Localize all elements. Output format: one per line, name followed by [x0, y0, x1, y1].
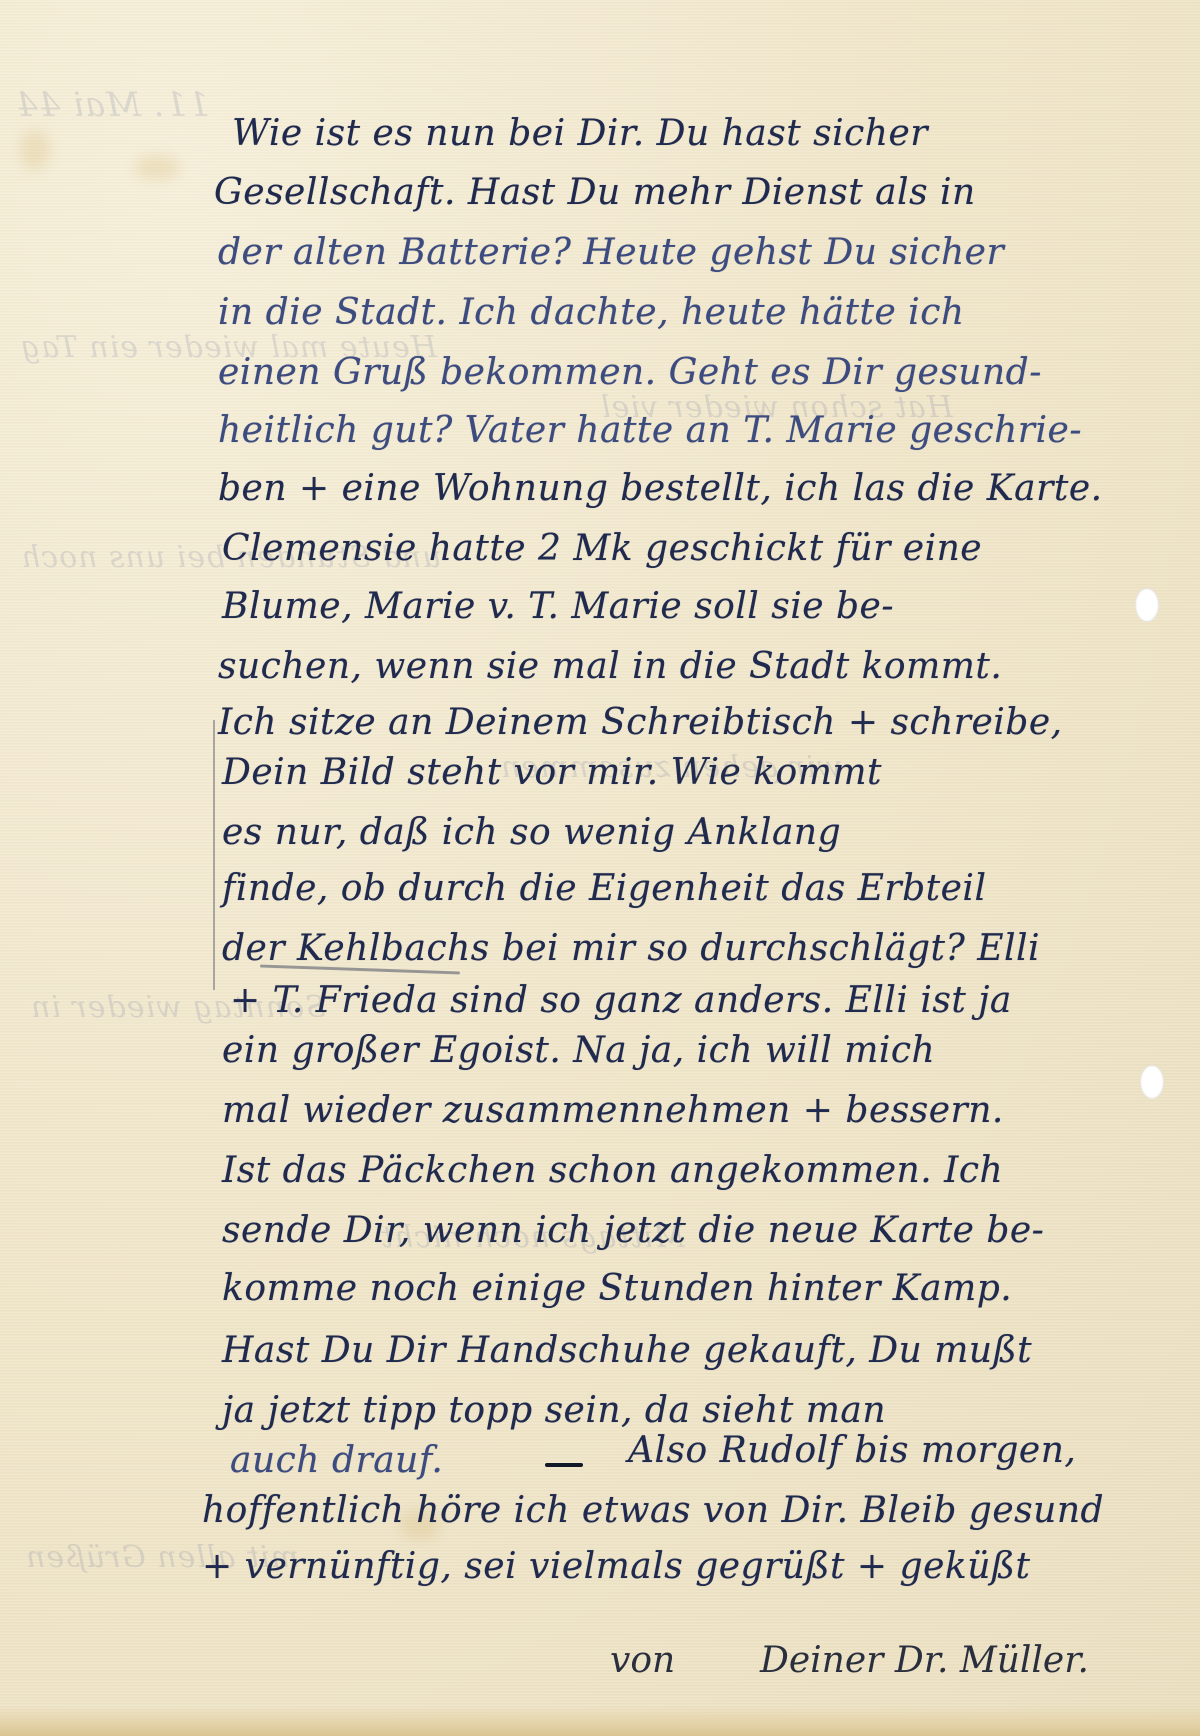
letter-line-continuation: Also Rudolf bis morgen, [628, 1430, 1076, 1471]
letter-line: + T. Frieda sind so ganz anders. Elli is… [230, 980, 1012, 1021]
letter-line: Ist das Päckchen schon angekommen. Ich [222, 1150, 1003, 1191]
letter-line: suchen, wenn sie mal in die Stadt kommt. [218, 646, 1002, 687]
letter-line: hoffentlich höre ich etwas von Dir. Blei… [202, 1490, 1104, 1531]
dash-mark [545, 1463, 583, 1467]
letter-line: in die Stadt. Ich dachte, heute hätte ic… [218, 292, 965, 333]
letter-line: Dein Bild steht vor mir. Wie kommt [222, 752, 882, 793]
closing-prefix: von [610, 1640, 675, 1681]
letter-line: der alten Batterie? Heute gehst Du siche… [218, 232, 1004, 273]
letter-line: ben + eine Wohnung bestellt, ich las die… [218, 468, 1103, 509]
letter-line: Wie ist es nun bei Dir. Du hast sicher [232, 113, 928, 154]
letter-line: auch drauf. [230, 1440, 443, 1481]
letter-line: der Kehlbachs bei mir so durchschlägt? E… [222, 928, 1040, 969]
letter-line: Gesellschaft. Hast Du mehr Dienst als in [214, 172, 976, 213]
letter-line: finde, ob durch die Eigenheit das Erbtei… [222, 868, 986, 909]
letter-page: 11. Mai 44 Heute mal wieder ein Tag Hat … [0, 0, 1200, 1736]
bleed-through-date: 11. Mai 44 [15, 85, 210, 125]
letter-line: ein großer Egoist. Na ja, ich will mich [222, 1030, 935, 1071]
letter-line: sende Dir, wenn ich jetzt die neue Karte… [222, 1210, 1044, 1251]
letter-line: ja jetzt tipp topp sein, da sieht man [222, 1390, 886, 1431]
punch-hole [1140, 1065, 1164, 1099]
letter-line: komme noch einige Stunden hinter Kamp. [222, 1268, 1012, 1309]
letter-line: Hast Du Dir Handschuhe gekauft, Du mußt [222, 1330, 1032, 1371]
letter-line: + vernünftig, sei vielmals gegrüßt + gek… [202, 1546, 1030, 1587]
letter-line: mal wieder zusammennehmen + bessern. [222, 1090, 1004, 1131]
letter-line: einen Gruß bekommen. Geht es Dir gesund- [218, 352, 1042, 393]
letter-line: Blume, Marie v. T. Marie soll sie be- [222, 586, 894, 627]
punch-hole [1135, 588, 1159, 622]
letter-line: es nur, daß ich so wenig Anklang [222, 812, 841, 853]
letter-line: Clemensie hatte 2 Mk geschickt für eine [222, 528, 982, 569]
signature: Deiner Dr. Müller. [760, 1640, 1089, 1681]
letter-line: Ich sitze an Deinem Schreibtisch + schre… [218, 702, 1063, 743]
letter-line: heitlich gut? Vater hatte an T. Marie ge… [218, 410, 1082, 451]
paper-stain [20, 130, 50, 170]
margin-pencil-line [213, 720, 215, 990]
paper-stain [135, 155, 180, 180]
paper-bottom-edge [0, 1706, 1200, 1736]
